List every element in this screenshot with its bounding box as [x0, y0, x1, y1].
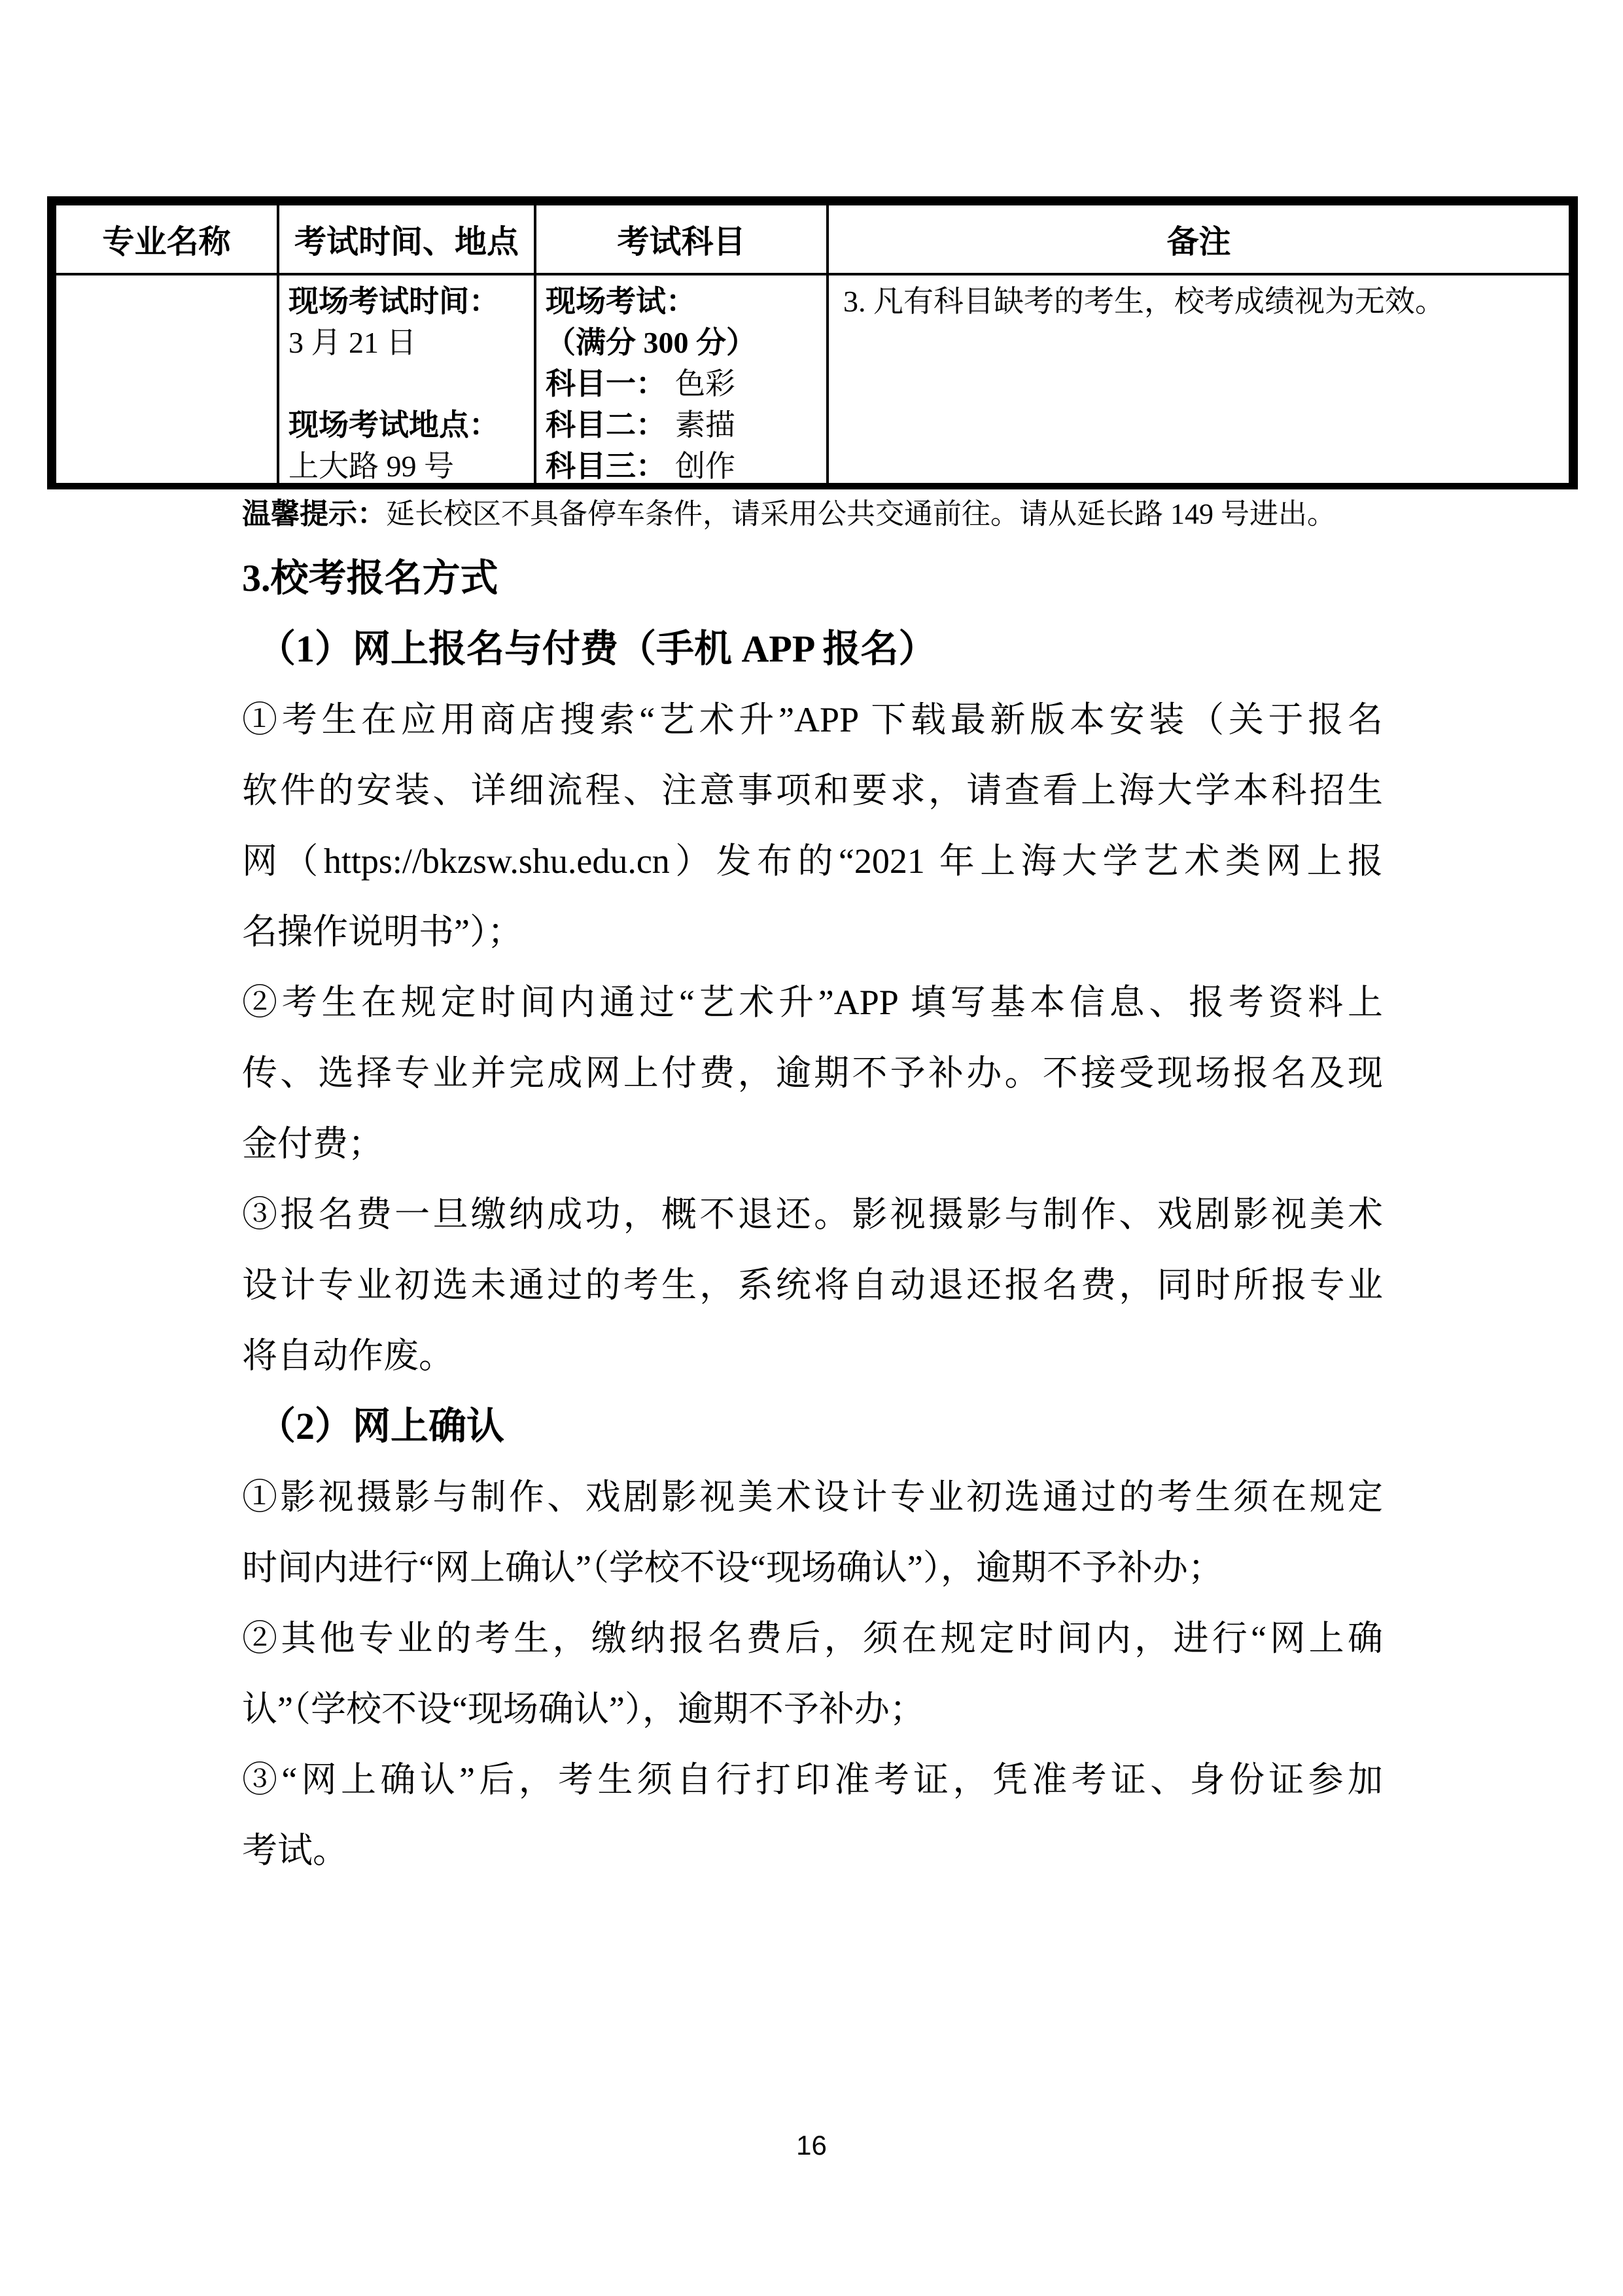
header-cell-subjects: 考试科目	[535, 204, 828, 274]
paragraph-line: 传、选择专业并完成网上付费，逾期不予补办。不接受现场报名及现	[242, 1038, 1383, 1108]
paragraph-line: 金付费；	[242, 1108, 1383, 1179]
paragraph-line: ①考生在应用商店搜索“艺术升”APP 下载最新版本安装（关于报名	[242, 684, 1383, 755]
paragraph-2: ②考生在规定时间内通过“艺术升”APP 填写基本信息、报考资料上传、选择专业并完…	[242, 967, 1383, 1179]
table-data-row: 现场考试时间：3 月 21 日现场考试地点：上大路 99 号 现场考试：（满分 …	[55, 274, 1570, 488]
table-cell-line: 科目二：素描	[546, 404, 820, 446]
tip-note-label: 温馨提示：	[242, 498, 386, 530]
tip-note: 温馨提示：延长校区不具备停车条件，请采用公共交通前往。请从延长路 149 号进出…	[242, 497, 1577, 531]
body-text: 3.校考报名方式 （1）网上报名与付费（手机 APP 报名） ①考生在应用商店搜…	[242, 543, 1383, 1886]
paragraph-line: ①影视摄影与制作、戏剧影视美术设计专业初选通过的考生须在规定	[242, 1462, 1383, 1532]
paragraph-line: ②其他专业的考生，缴纳报名费后，须在规定时间内，进行“网上确	[242, 1603, 1383, 1674]
paragraph-line: 考试。	[242, 1815, 1383, 1886]
paragraph-3: ③报名费一旦缴纳成功，概不退还。影视摄影与制作、戏剧影视美术设计专业初选未通过的…	[242, 1179, 1383, 1391]
bold-label: 科目三：	[546, 450, 666, 483]
value-text: 色彩	[675, 367, 735, 400]
value-text: 上大路 99 号	[288, 450, 454, 483]
table-cell-line: 现场考试地点：	[288, 404, 527, 446]
bold-label: 科目二：	[546, 408, 666, 442]
table-cell-line: 科目三：创作	[546, 446, 820, 487]
paragraph-5: ②其他专业的考生，缴纳报名费后，须在规定时间内，进行“网上确认”（学校不设“现场…	[242, 1603, 1383, 1744]
header-cell-major-name: 专业名称	[55, 204, 278, 274]
value-text: 素描	[675, 408, 735, 442]
table-cell-line: 现场考试时间：	[288, 281, 527, 322]
paragraph-6: ③“网上确认”后，考生须自行打印准考证，凭准考证、身份证参加考试。	[242, 1744, 1383, 1886]
header-cell-time-place: 考试时间、地点	[278, 204, 535, 274]
cell-subjects: 现场考试：（满分 300 分）科目一：色彩科目二：素描科目三：创作	[535, 274, 828, 488]
paragraph-line: 软件的安装、详细流程、注意事项和要求，请查看上海大学本科招生	[242, 755, 1383, 826]
bold-label: 科目一：	[546, 367, 666, 400]
bold-label: （满分 300 分）	[546, 326, 756, 359]
table-cell-line: 上大路 99 号	[288, 446, 527, 487]
table-cell-line: 现场考试：	[546, 281, 820, 322]
paragraph-line: ③报名费一旦缴纳成功，概不退还。影视摄影与制作、戏剧影视美术	[242, 1179, 1383, 1250]
paragraph-4: ①影视摄影与制作、戏剧影视美术设计专业初选通过的考生须在规定时间内进行“网上确认…	[242, 1462, 1383, 1603]
subsection-2-heading: （2）网上确认	[242, 1391, 1383, 1462]
table-cell-line: 3 月 21 日	[288, 322, 527, 363]
exam-table: 专业名称 考试时间、地点 考试科目 备注 现场考试时间：3 月 21 日现场考试…	[47, 196, 1578, 489]
paragraph-line: ③“网上确认”后，考生须自行打印准考证，凭准考证、身份证参加	[242, 1744, 1383, 1815]
paragraph-line: 将自动作废。	[242, 1320, 1383, 1391]
bold-label: 现场考试：	[546, 285, 696, 318]
value-text: 3 月 21 日	[288, 326, 417, 359]
header-cell-remark: 备注	[828, 204, 1570, 274]
tip-note-text: 延长校区不具备停车条件，请采用公共交通前往。请从延长路 149 号进出。	[386, 498, 1336, 530]
paragraph-line: 网（https://bkzsw.shu.edu.cn）发布的“2021 年上海大…	[242, 826, 1383, 896]
page-number: 16	[0, 2130, 1623, 2161]
subsection-1-heading: （1）网上报名与付费（手机 APP 报名）	[242, 614, 1383, 684]
bold-label: 现场考试地点：	[288, 408, 499, 442]
exam-table-grid: 专业名称 考试时间、地点 考试科目 备注 现场考试时间：3 月 21 日现场考试…	[54, 203, 1571, 489]
paragraph-line: 时间内进行“网上确认”（学校不设“现场确认”），逾期不予补办；	[242, 1532, 1383, 1603]
paragraph-line: ②考生在规定时间内通过“艺术升”APP 填写基本信息、报考资料上	[242, 967, 1383, 1038]
cell-time-place: 现场考试时间：3 月 21 日现场考试地点：上大路 99 号	[278, 274, 535, 488]
value-text: 创作	[675, 450, 735, 483]
table-cell-line: （满分 300 分）	[546, 322, 820, 363]
cell-remark: 3. 凡有科目缺考的考生，校考成绩视为无效。	[828, 274, 1570, 488]
section-heading: 3.校考报名方式	[242, 543, 1383, 614]
paragraph-line: 名操作说明书”）；	[242, 896, 1383, 967]
paragraph-1: ①考生在应用商店搜索“艺术升”APP 下载最新版本安装（关于报名软件的安装、详细…	[242, 684, 1383, 967]
table-cell-line: 科目一：色彩	[546, 363, 820, 404]
paragraph-line: 认”（学校不设“现场确认”），逾期不予补办；	[242, 1674, 1383, 1744]
document-page: 专业名称 考试时间、地点 考试科目 备注 现场考试时间：3 月 21 日现场考试…	[0, 0, 1623, 2296]
cell-major-name	[55, 274, 278, 488]
table-header-row: 专业名称 考试时间、地点 考试科目 备注	[55, 204, 1570, 274]
paragraph-line: 设计专业初选未通过的考生，系统将自动退还报名费，同时所报专业	[242, 1250, 1383, 1320]
table-cell-line	[288, 363, 527, 404]
bold-label: 现场考试时间：	[288, 285, 499, 318]
